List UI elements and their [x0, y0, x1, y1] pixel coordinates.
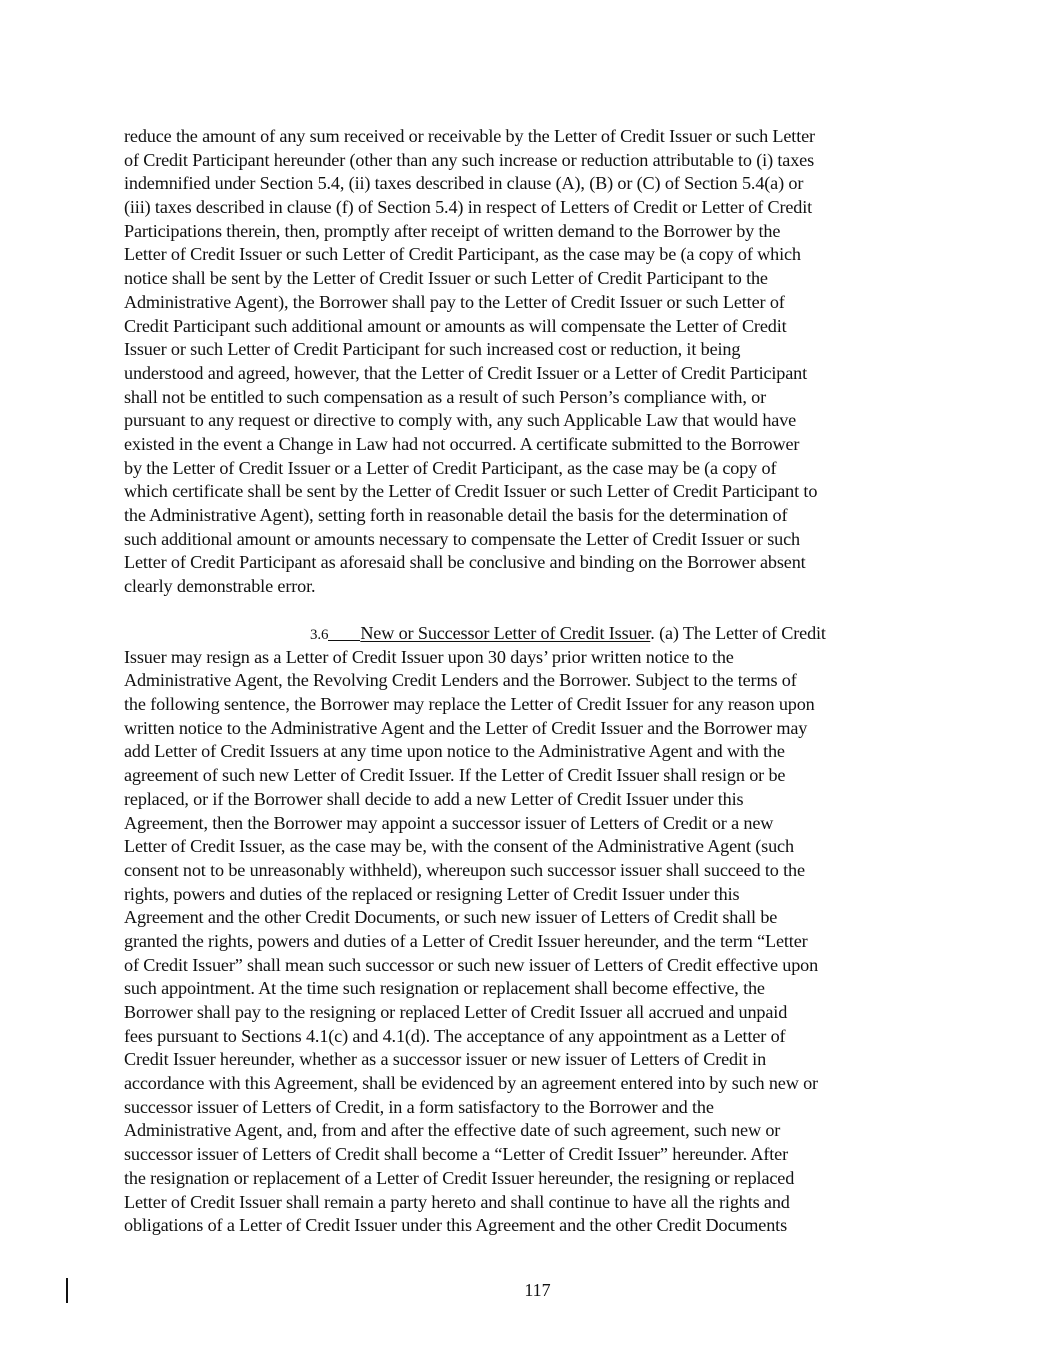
text-line: successor issuer of Letters of Credit, i…: [124, 1096, 934, 1120]
section-3-6-paragraph: 3.6New or Successor Letter of Credit Iss…: [124, 622, 934, 1238]
text-line: Participations therein, then, promptly a…: [124, 220, 934, 244]
text-line: (iii) taxes described in clause (f) of S…: [124, 196, 934, 220]
text-line: such additional amount or amounts necess…: [124, 528, 934, 552]
text-line: clearly demonstrable error.: [124, 575, 934, 599]
text-line: pursuant to any request or directive to …: [124, 409, 934, 433]
text-line: fees pursuant to Sections 4.1(c) and 4.1…: [124, 1025, 934, 1049]
text-line: indemnified under Section 5.4, (ii) taxe…: [124, 172, 934, 196]
text-line: Letter of Credit Issuer, as the case may…: [124, 835, 934, 859]
text-line: shall not be entitled to such compensati…: [124, 386, 934, 410]
text-line: Letter of Credit Issuer shall remain a p…: [124, 1191, 934, 1215]
text-line: Administrative Agent, the Revolving Cred…: [124, 669, 934, 693]
text-line: Administrative Agent), the Borrower shal…: [124, 291, 934, 315]
text-line: Issuer may resign as a Letter of Credit …: [124, 646, 934, 670]
text-line: Borrower shall pay to the resigning or r…: [124, 1001, 934, 1025]
paragraph-change-in-law-compensation: reduce the amount of any sum received or…: [124, 125, 934, 599]
text-line: Agreement, then the Borrower may appoint…: [124, 812, 934, 836]
section-title: New or Successor Letter of Credit Issuer: [360, 623, 650, 643]
text-line: written notice to the Administrative Age…: [124, 717, 934, 741]
text-line: Agreement and the other Credit Documents…: [124, 906, 934, 930]
text-line: the resignation or replacement of a Lett…: [124, 1167, 934, 1191]
text-line: granted the rights, powers and duties of…: [124, 930, 934, 954]
text-line: notice shall be sent by the Letter of Cr…: [124, 267, 934, 291]
text-line: rights, powers and duties of the replace…: [124, 883, 934, 907]
section-tab-underline: [328, 623, 360, 641]
document-page: reduce the amount of any sum received or…: [0, 0, 1055, 1365]
text-line: Letter of Credit Participant as aforesai…: [124, 551, 934, 575]
text-line: Issuer or such Letter of Credit Particip…: [124, 338, 934, 362]
text-line: Credit Participant such additional amoun…: [124, 315, 934, 339]
text-line: reduce the amount of any sum received or…: [124, 125, 934, 149]
section-heading-line: 3.6New or Successor Letter of Credit Iss…: [124, 622, 934, 646]
text-line: consent not to be unreasonably withheld)…: [124, 859, 934, 883]
text-line: existed in the event a Change in Law had…: [124, 433, 934, 457]
text-line: obligations of a Letter of Credit Issuer…: [124, 1214, 934, 1238]
text-line: of Credit Issuer” shall mean such succes…: [124, 954, 934, 978]
text-line: Credit Issuer hereunder, whether as a su…: [124, 1048, 934, 1072]
text-line: accordance with this Agreement, shall be…: [124, 1072, 934, 1096]
text-line: successor issuer of Letters of Credit sh…: [124, 1143, 934, 1167]
text-line: of Credit Participant hereunder (other t…: [124, 149, 934, 173]
text-line: the following sentence, the Borrower may…: [124, 693, 934, 717]
text-line: agreement of such new Letter of Credit I…: [124, 764, 934, 788]
text-line: the Administrative Agent), setting forth…: [124, 504, 934, 528]
text-line: add Letter of Credit Issuers at any time…: [124, 740, 934, 764]
text-line: such appointment. At the time such resig…: [124, 977, 934, 1001]
page-number: 117: [0, 1280, 1055, 1301]
text-line: by the Letter of Credit Issuer or a Lett…: [124, 457, 934, 481]
text-line: which certificate shall be sent by the L…: [124, 480, 934, 504]
text-line: Administrative Agent, and, from and afte…: [124, 1119, 934, 1143]
text-line: Letter of Credit Issuer or such Letter o…: [124, 243, 934, 267]
text-line: replaced, or if the Borrower shall decid…: [124, 788, 934, 812]
text-line: understood and agreed, however, that the…: [124, 362, 934, 386]
section-heading-suffix: . (a) The Letter of Credit: [650, 623, 826, 643]
section-number: 3.6: [310, 624, 328, 648]
